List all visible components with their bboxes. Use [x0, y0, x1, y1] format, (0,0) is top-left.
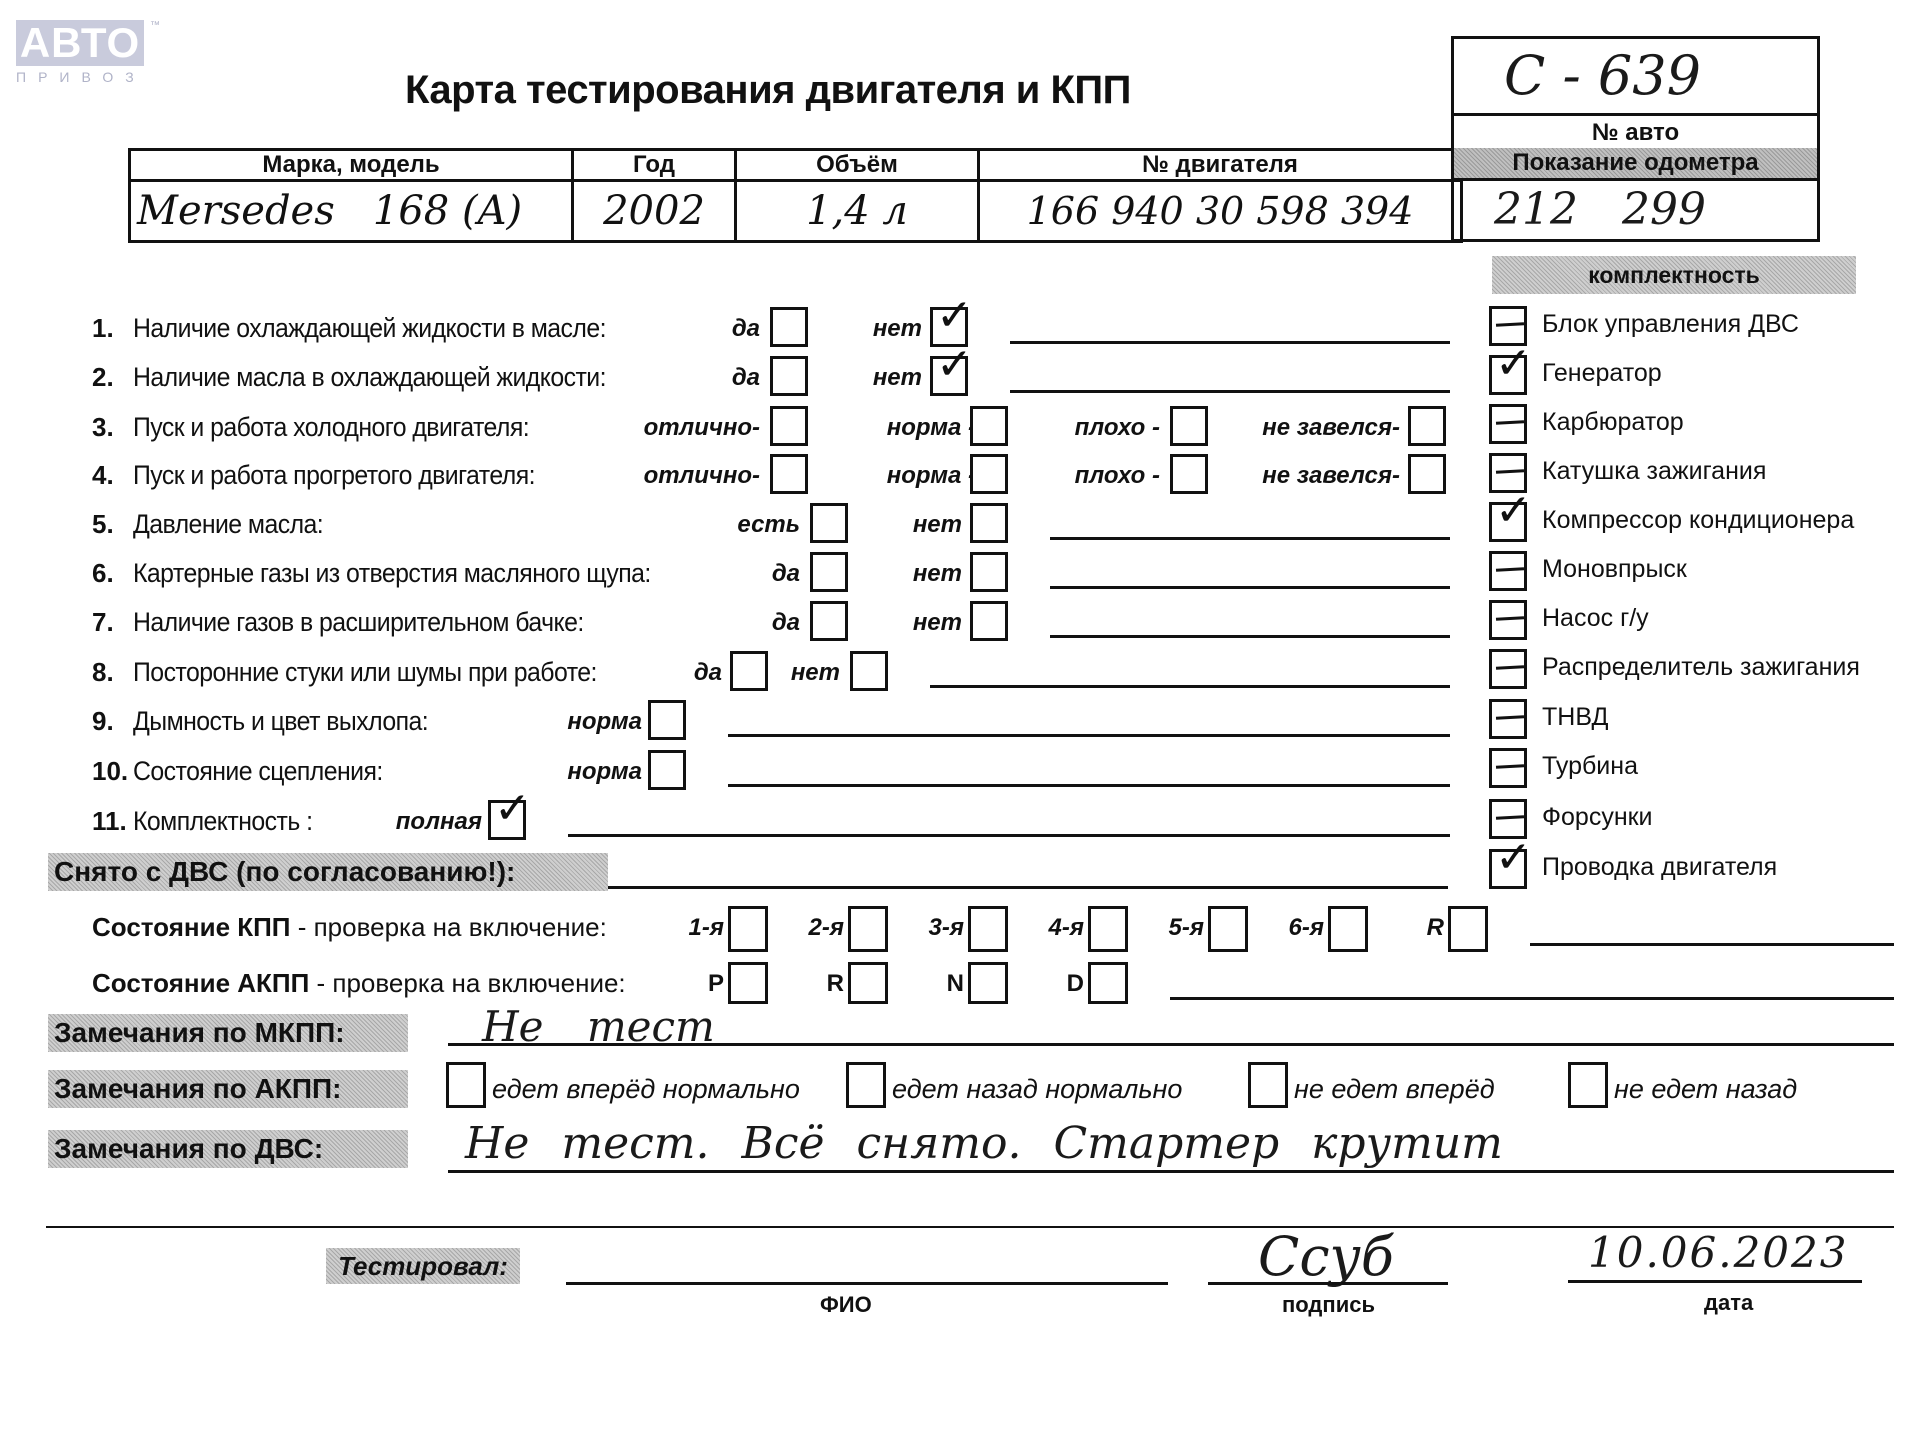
gear-label: R [1427, 914, 1444, 942]
checkbox[interactable] [970, 503, 1008, 543]
item-question: Дымность и цвет выхлопа: [133, 706, 428, 737]
item-question: Наличие масла в охлаждающей жидкости: [133, 362, 606, 393]
checkbox-checked[interactable] [1489, 355, 1527, 395]
option-label: нет [913, 560, 962, 588]
completeness-item-label: Форсунки [1542, 803, 1653, 832]
gear-label: N [947, 970, 964, 998]
akpp-remark-checkbox[interactable] [1248, 1062, 1288, 1108]
option-label: есть [737, 511, 800, 539]
option-label: норма - [887, 414, 976, 442]
option-label: да [772, 609, 800, 637]
kpp-label: Состояние КПП - проверка на включение: [92, 912, 607, 943]
item-question: Давление масла: [133, 509, 323, 540]
gear-checkbox[interactable] [728, 906, 768, 952]
make-model-value[interactable]: Mersedes 168 (A) [130, 181, 573, 242]
checkbox-checked[interactable] [1489, 502, 1527, 542]
checkbox[interactable] [648, 750, 686, 790]
gear-checkbox[interactable] [848, 906, 888, 952]
completeness-header: комплектность [1492, 256, 1856, 294]
checkbox-checked[interactable] [1489, 849, 1527, 889]
item-notes-field[interactable] [568, 834, 1450, 837]
odometer-box: Показание одометра 212 299 [1451, 148, 1820, 242]
remarks-dvs-line [448, 1170, 1894, 1173]
checkbox-checked[interactable] [930, 356, 968, 396]
akpp-remark-label: едет назад нормально [892, 1074, 1182, 1105]
gear-label: P [708, 970, 724, 998]
item-number: 3. [92, 412, 114, 443]
gear-label: D [1067, 970, 1084, 998]
completeness-item-label: Моновпрыск [1542, 555, 1687, 584]
option-label: отлично- [644, 414, 760, 442]
item-question: Картерные газы из отверстия масляного щу… [133, 558, 651, 589]
option-label: нет [873, 364, 922, 392]
option-label: да [772, 560, 800, 588]
completeness-item-label: Компрессор кондиционера [1542, 506, 1854, 535]
completeness-item-label: Распределитель зажигания [1542, 653, 1860, 682]
kpp-label-rest: - проверка на включение: [291, 912, 607, 942]
item-number: 1. [92, 313, 114, 344]
col-header-year: Год [573, 150, 736, 181]
odometer-label: Показание одометра [1454, 148, 1817, 178]
checkbox[interactable] [770, 356, 808, 396]
completeness-item-label: Блок управления ДВС [1542, 310, 1799, 339]
akpp-remark-label: не едет назад [1614, 1074, 1797, 1105]
option-label: отлично- [644, 462, 760, 490]
akpp-remark-checkbox[interactable] [446, 1062, 486, 1108]
item-number: 11. [92, 806, 127, 837]
checkbox[interactable] [770, 406, 808, 446]
checkbox[interactable] [1408, 454, 1446, 494]
item-number: 6. [92, 558, 114, 589]
item-question: Наличие охлаждающей жидкости в масле: [133, 313, 606, 344]
item-notes-field[interactable] [1010, 341, 1450, 344]
logo-subtitle: ПРИВОЗ [16, 69, 146, 85]
gear-label: R [827, 970, 844, 998]
checkbox[interactable] [730, 651, 768, 691]
option-label: да [732, 315, 760, 343]
item-notes-field[interactable] [930, 685, 1450, 688]
item-notes-field[interactable] [1010, 390, 1450, 393]
fio-line [566, 1282, 1168, 1285]
gear-label: 4-я [1049, 914, 1084, 942]
logo-trademark: ™ [150, 20, 160, 31]
item-question: Посторонние стуки или шумы при работе: [133, 657, 597, 688]
completeness-item-label: Карбюратор [1542, 408, 1684, 437]
option-label: норма [567, 758, 642, 786]
checkbox-dash[interactable] [1489, 404, 1527, 444]
option-label: плохо - [1075, 462, 1160, 490]
date-line [1568, 1280, 1862, 1283]
auto-number-label: № авто [1454, 116, 1817, 149]
fio-label: ФИО [820, 1292, 872, 1318]
option-label: нет [913, 511, 962, 539]
checkbox-dash[interactable] [1489, 649, 1527, 689]
checkbox[interactable] [970, 406, 1008, 446]
signature-line [1208, 1282, 1448, 1285]
checkbox[interactable] [770, 454, 808, 494]
gear-checkbox[interactable] [1208, 906, 1248, 952]
akpp-notes-field[interactable] [1170, 997, 1894, 1000]
akpp-remark-label: не едет вперёд [1294, 1074, 1495, 1105]
remarks-dvs-label: Замечания по ДВС: [48, 1130, 408, 1168]
item-number: 9. [92, 706, 114, 737]
gear-checkbox[interactable] [848, 962, 888, 1004]
option-label: норма [567, 708, 642, 736]
option-label: не завелся- [1262, 414, 1400, 442]
checkbox-dash[interactable] [1489, 600, 1527, 640]
gear-checkbox[interactable] [968, 962, 1008, 1004]
checkbox[interactable] [1170, 454, 1208, 494]
item-notes-field[interactable] [1050, 537, 1450, 540]
remarks-akpp-label: Замечания по АКПП: [48, 1070, 408, 1108]
option-label: нет [791, 659, 840, 687]
item-question: Пуск и работа холодного двигателя: [133, 412, 529, 443]
auto-number-box: C - 639 № авто [1451, 36, 1820, 152]
item-notes-field[interactable] [1050, 586, 1450, 589]
completeness-item-label: Проводка двигателя [1542, 853, 1777, 882]
item-number: 5. [92, 509, 114, 540]
option-label: да [694, 659, 722, 687]
checkbox[interactable] [1170, 406, 1208, 446]
checkbox-dash[interactable] [1489, 551, 1527, 591]
date-value[interactable]: 10.06.2023 [1588, 1228, 1848, 1277]
remarks-mkpp-label: Замечания по МКПП: [48, 1014, 408, 1052]
checkbox-dash[interactable] [1489, 748, 1527, 788]
gear-checkbox[interactable] [728, 962, 768, 1004]
option-label: норма - [887, 462, 976, 490]
signature-value[interactable]: Ссуб [1258, 1225, 1394, 1288]
item-number: 2. [92, 362, 114, 393]
option-label: полная [396, 808, 482, 836]
gear-checkbox[interactable] [1448, 906, 1488, 952]
item-notes-field[interactable] [1050, 635, 1450, 638]
akpp-remark-label: едет вперёд нормально [492, 1074, 800, 1105]
item-question: Наличие газов в расширительном бачке: [133, 607, 584, 638]
gear-label: 6-я [1289, 914, 1324, 942]
odometer-value[interactable]: 212 299 [1454, 178, 1817, 239]
vehicle-info-table: Марка, модель Год Объём № двигателя Mers… [128, 148, 1463, 243]
akpp-remark-checkbox[interactable] [846, 1062, 886, 1108]
remarks-mkpp-line [448, 1043, 1894, 1046]
completeness-item-label: Турбина [1542, 752, 1638, 781]
gear-checkbox[interactable] [1088, 906, 1128, 952]
akpp-remark-checkbox[interactable] [1568, 1062, 1608, 1108]
logo-brand: АВТО [16, 20, 144, 66]
col-header-volume: Объём [736, 150, 979, 181]
volume-value[interactable]: 1,4 л [736, 181, 979, 242]
removed-from-engine-label: Снято с ДВС (по согласованию!): [48, 853, 608, 891]
akpp-label: Состояние АКПП - проверка на включение: [92, 968, 626, 999]
col-header-make-model: Марка, модель [130, 150, 573, 181]
completeness-item-label: Катушка зажигания [1542, 457, 1766, 486]
gear-checkbox[interactable] [1088, 962, 1128, 1004]
kpp-label-bold: Состояние КПП [92, 912, 291, 942]
checkbox[interactable] [810, 552, 848, 592]
checkbox[interactable] [770, 307, 808, 347]
option-label: плохо - [1075, 414, 1160, 442]
gear-label: 5-я [1169, 914, 1204, 942]
gear-label: 3-я [929, 914, 964, 942]
date-label: дата [1704, 1290, 1753, 1316]
option-label: нет [873, 315, 922, 343]
item-notes-field[interactable] [728, 784, 1450, 787]
option-label: нет [913, 609, 962, 637]
checkbox-dash[interactable] [1489, 699, 1527, 739]
item-question: Состояние сцепления: [133, 756, 383, 787]
completeness-item-label: ТНВД [1542, 703, 1608, 732]
checkbox[interactable] [648, 700, 686, 740]
akpp-label-rest: - проверка на включение: [309, 968, 625, 998]
item-notes-field[interactable] [728, 734, 1450, 737]
akpp-label-bold: Состояние АКПП [92, 968, 309, 998]
checkbox[interactable] [1408, 406, 1446, 446]
remarks-dvs-value[interactable]: Не тест. Всё снято. Стартер крутит [465, 1118, 1503, 1169]
kpp-notes-field[interactable] [1530, 943, 1894, 946]
signature-label: подпись [1282, 1292, 1375, 1318]
gear-label: 1-я [689, 914, 724, 942]
item-question: Пуск и работа прогретого двигателя: [133, 460, 535, 491]
gear-checkbox[interactable] [968, 906, 1008, 952]
tested-by-label: Тестировал: [326, 1248, 520, 1284]
checkbox[interactable] [810, 503, 848, 543]
item-question: Комплектность : [133, 806, 312, 837]
item-number: 7. [92, 607, 114, 638]
gear-label: 2-я [809, 914, 844, 942]
option-label: не завелся- [1262, 462, 1400, 490]
col-header-engine-number: № двигателя [979, 150, 1462, 181]
checkbox[interactable] [970, 601, 1008, 641]
logo: АВТО ™ ПРИВОЗ [16, 20, 146, 85]
auto-number-value[interactable]: C - 639 [1454, 39, 1817, 116]
checkbox[interactable] [850, 651, 888, 691]
fio-field[interactable] [566, 1250, 1166, 1280]
engine-number-value[interactable]: 166 940 30 598 394 [979, 181, 1462, 242]
item-number: 10. [92, 756, 128, 787]
removed-from-engine-field[interactable] [608, 886, 1448, 889]
checkbox[interactable] [970, 454, 1008, 494]
completeness-item-label: Насос г/у [1542, 604, 1649, 633]
year-value[interactable]: 2002 [573, 181, 736, 242]
item-number: 8. [92, 657, 114, 688]
item-number: 4. [92, 460, 114, 491]
page-title: Карта тестирования двигателя и КПП [405, 68, 1131, 113]
gear-checkbox[interactable] [1328, 906, 1368, 952]
option-label: да [732, 364, 760, 392]
checkbox[interactable] [810, 601, 848, 641]
checkbox[interactable] [970, 552, 1008, 592]
completeness-item-label: Генератор [1542, 359, 1662, 388]
checkbox-checked[interactable] [488, 800, 526, 840]
